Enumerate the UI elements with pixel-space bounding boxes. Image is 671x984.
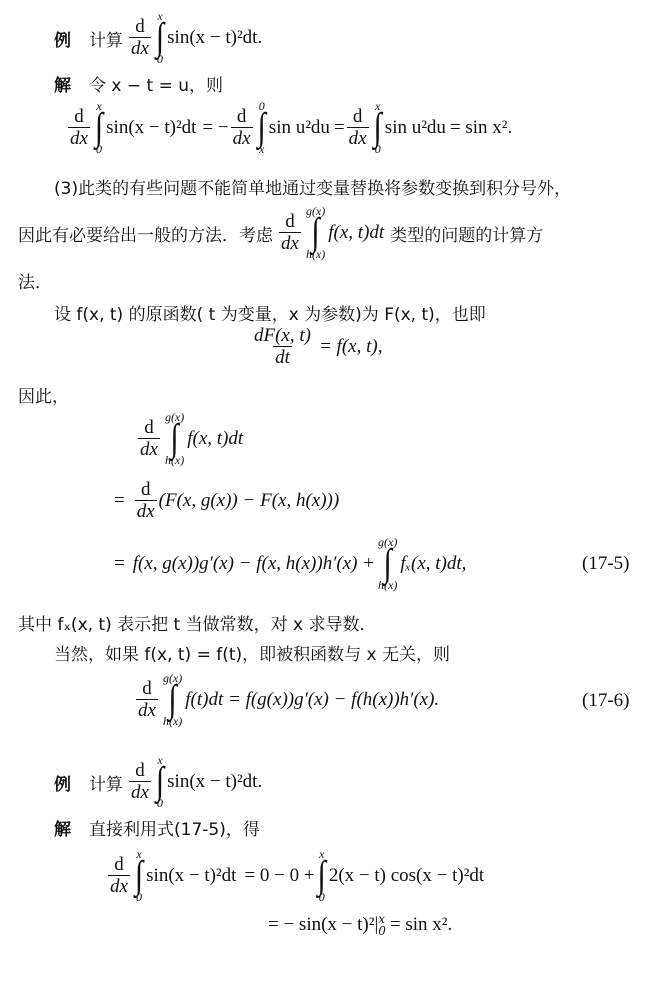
rhs-prefix: = 0 − 0 + bbox=[244, 865, 314, 887]
integral-sign: x∫0 bbox=[135, 848, 143, 904]
integrand: sin u²du bbox=[385, 117, 446, 139]
solution-label: 解 bbox=[54, 815, 71, 840]
special-case-equation: ddx g(x)∫h(x) f(t)dt = f(g(x))g′(x) − f(… bbox=[134, 668, 439, 732]
integrand: sin(x − t)²dt. bbox=[167, 27, 262, 49]
derivative-operator: ddx bbox=[138, 418, 160, 461]
text-after: 类型的问题的计算方 bbox=[390, 221, 543, 246]
example-prompt: 计算 bbox=[89, 770, 123, 795]
integrand: fₓ(x, t)dt, bbox=[400, 553, 466, 575]
integrand: sin u²du bbox=[269, 117, 330, 139]
example-2: 例 计算 ddx x∫0 sin(x − t)²dt. bbox=[54, 752, 262, 812]
special-case-text: 当然，如果 f(x, t) = f(t)，即被积函数与 x 无关，则 bbox=[54, 640, 450, 665]
integrand: f(x, t)dt bbox=[187, 428, 243, 450]
derivative-operator: ddx bbox=[347, 107, 369, 150]
integral-sign: g(x)∫h(x) bbox=[306, 205, 325, 261]
equation-number-17-5: (17-5) bbox=[582, 553, 629, 575]
integral-sign: x∫0 bbox=[374, 100, 382, 156]
integral-sign: x∫0 bbox=[318, 848, 326, 904]
paragraph-3-line-1: (3)此类的有些问题不能简单地通过变量替换将参数变换到积分号外， bbox=[54, 174, 571, 199]
integral-sign: x∫0 bbox=[156, 754, 164, 810]
integrand: sin(x − t)²dt bbox=[146, 865, 236, 887]
evaluation: = − sin(x − t)²| bbox=[268, 914, 378, 936]
integral-sign: g(x)∫h(x) bbox=[165, 411, 184, 467]
integrand: 2(x − t) cos(x − t)²dt bbox=[329, 865, 484, 887]
integrand: sin(x − t)²dt. bbox=[167, 771, 262, 793]
integrand: f(t)dt = f(g(x))g′(x) − f(h(x))h′(x). bbox=[185, 689, 439, 711]
example-label: 例 bbox=[54, 26, 71, 51]
equals: = bbox=[334, 117, 345, 139]
equals-minus: = − bbox=[202, 117, 228, 139]
setup-equation: dF(x, t)dt = f(x, t), bbox=[250, 322, 382, 372]
example-label: 例 bbox=[54, 770, 71, 795]
derivation-line-3: = f(x, g(x))g′(x) − f(x, h(x))h′(x) + g(… bbox=[114, 532, 466, 596]
example-prompt: 计算 bbox=[89, 26, 123, 51]
evaluation-limits: x0 bbox=[378, 913, 386, 937]
solution-label: 解 bbox=[54, 71, 71, 96]
integral-sign: x∫0 bbox=[95, 100, 103, 156]
result: = sin x². bbox=[450, 117, 512, 139]
solution-text: 令 x − t = u，则 bbox=[89, 71, 223, 96]
derivative-operator: ddx bbox=[68, 107, 90, 150]
integral-sign: x∫0 bbox=[156, 10, 164, 66]
solution-2-line-2: = − sin(x − t)²| x0 = sin x². bbox=[268, 908, 452, 942]
expression: (F(x, g(x)) − F(x, h(x))) bbox=[159, 490, 340, 512]
derivative-operator: ddx bbox=[231, 107, 253, 150]
derivation-line-1: ddx g(x)∫h(x) f(x, t)dt bbox=[136, 408, 243, 470]
paragraph-3-line-2: 因此有必要给出一般的方法．考虑 ddx g(x)∫h(x) f(x, t)dt … bbox=[18, 203, 543, 263]
integral-sign: g(x)∫h(x) bbox=[163, 672, 182, 728]
integrand: sin(x − t)²dt bbox=[106, 117, 196, 139]
fraction: dF(x, t)dt bbox=[252, 326, 313, 369]
solution-1-intro: 解 令 x − t = u，则 bbox=[54, 68, 223, 98]
integral-sign: 0∫x bbox=[258, 100, 266, 156]
integral-sign: g(x)∫h(x) bbox=[378, 536, 397, 592]
solution-2-line-1: ddx x∫0 sin(x − t)²dt = 0 − 0 + x∫0 2(x … bbox=[106, 844, 484, 908]
note-text: 其中 fₓ(x, t) 表示把 t 当做常数，对 x 求导数． bbox=[18, 610, 376, 635]
derivative-operator: ddx bbox=[279, 212, 301, 255]
solution-2-intro: 解 直接利用式(17-5)，得 bbox=[54, 812, 260, 842]
derivative-operator: ddx bbox=[108, 855, 130, 898]
example-1: 例 计算 ddx x∫0 sin(x − t)²dt. bbox=[54, 8, 262, 68]
text-before: 因此有必要给出一般的方法．考虑 bbox=[18, 221, 273, 246]
solution-text: 直接利用式(17-5)，得 bbox=[89, 815, 260, 840]
derivative-operator: ddx bbox=[135, 480, 157, 523]
solution-1-equation: ddx x∫0 sin(x − t)²dt = − ddx 0∫x sin u²… bbox=[66, 98, 512, 158]
result: = sin x². bbox=[390, 914, 452, 936]
equals: = bbox=[114, 490, 125, 512]
integrand: f(x, t)dt bbox=[328, 222, 384, 244]
equals: = bbox=[114, 553, 125, 575]
equation-number-17-6: (17-6) bbox=[582, 690, 629, 712]
rhs: = f(x, t), bbox=[319, 336, 382, 358]
paragraph-3-line-3: 法． bbox=[18, 268, 52, 293]
derivation-line-2: = ddx (F(x, g(x)) − F(x, h(x))) bbox=[114, 478, 339, 524]
derivative-operator: ddx bbox=[129, 761, 151, 804]
derivative-operator: ddx bbox=[129, 17, 151, 60]
expression: f(x, g(x))g′(x) − f(x, h(x))h′(x) + bbox=[133, 553, 375, 575]
derivative-operator: ddx bbox=[136, 679, 158, 722]
therefore-text: 因此， bbox=[18, 382, 69, 407]
